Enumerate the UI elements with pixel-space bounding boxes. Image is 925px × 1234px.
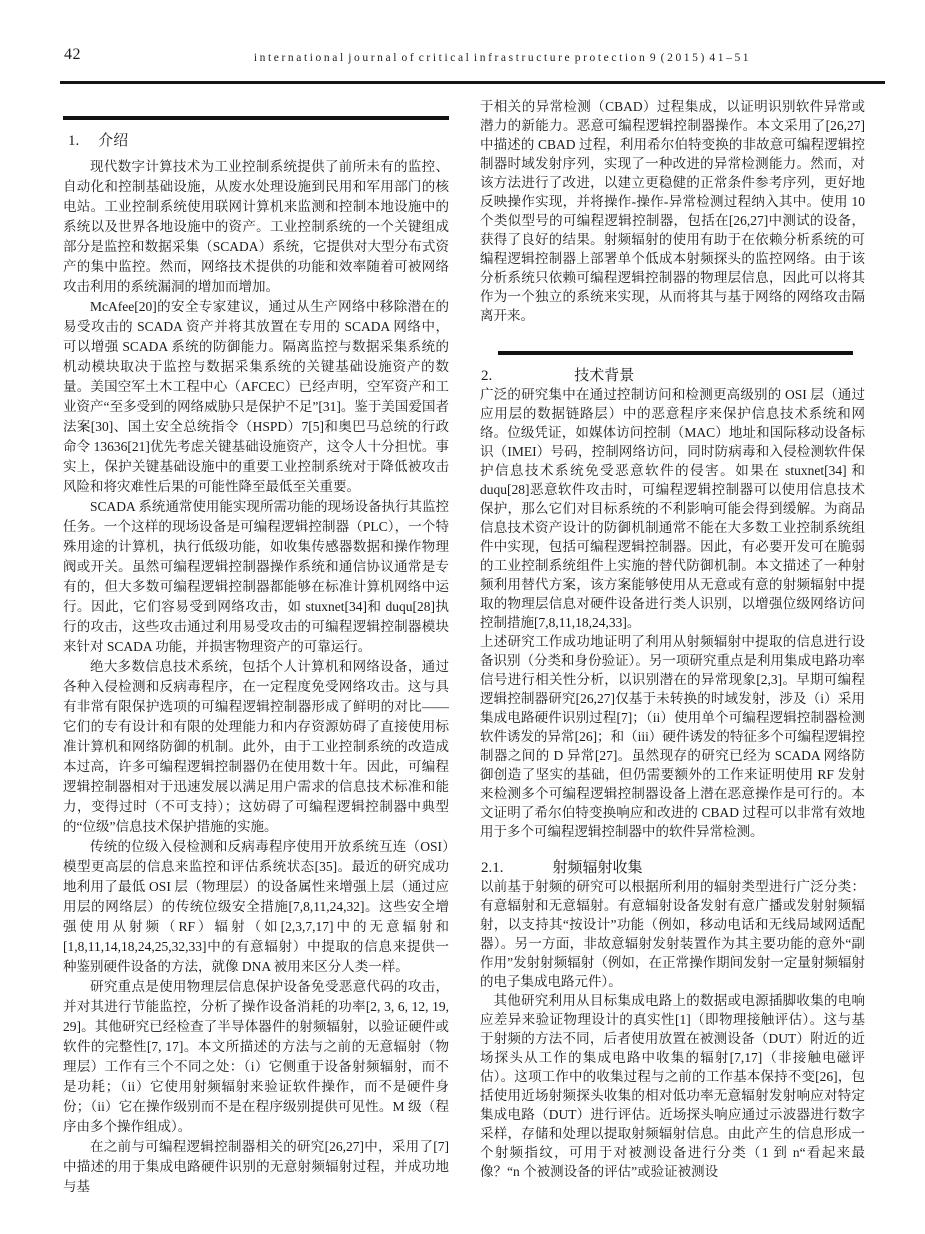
section1-rule xyxy=(63,116,449,120)
paragraph-intro-2: McAfee[20]的安全专家建议，通过从生产网络中移除潜在的易受攻击的 SCA… xyxy=(63,297,449,497)
section1-number: 1. xyxy=(68,133,79,150)
paragraph-intro-3: SCADA 系统通常使用能实现所需功能的现场设备执行其监控任务。一个这样的现场设… xyxy=(63,497,449,657)
right-column: 于相关的异常检测（CBAD）过程集成，以证明识别软件异常或潜力的新能力。恶意可编… xyxy=(480,97,865,1181)
section2-title: 技术背景 xyxy=(574,364,634,385)
paragraph-intro-5: 传统的位级入侵检测和反病毒程序使用开放系统互连（OSI）模型更高层的信息来监控和… xyxy=(63,837,449,977)
section21-heading: 2.1. 射频辐射收集 xyxy=(481,856,865,877)
paragraph-background-2: 上述研究工作成功地证明了利用从射频辐射中提取的信息进行设备识别（分类和身份验证）… xyxy=(480,632,865,841)
left-column: 1. 介绍 现代数字计算技术为工业控制系统提供了前所未有的监控、自动化和控制基础… xyxy=(63,116,449,1197)
section1-heading: 1. 介绍 xyxy=(68,129,449,150)
section2-number: 2. xyxy=(481,368,492,385)
paragraph-intro-1: 现代数字计算技术为工业控制系统提供了前所未有的监控、自动化和控制基础设施，从废水… xyxy=(63,157,449,297)
section21-title: 射频辐射收集 xyxy=(553,856,643,877)
section21-number: 2.1. xyxy=(481,860,504,877)
section1-title: 介绍 xyxy=(98,129,128,150)
journal-title: international journal of critical infras… xyxy=(120,52,885,64)
section2-heading: 2. 技术背景 xyxy=(481,364,865,385)
page-number: 42 xyxy=(64,46,81,64)
paragraph-intro-7: 在之前与可编程逻辑控制器相关的研究[26,27]中，采用了[7]中描述的用于集成… xyxy=(63,1137,449,1197)
header-rule xyxy=(60,81,885,84)
paragraph-intro-6: 研究重点是使用物理层信息保护设备免受恶意代码的攻击，并对其进行节能监控，分析了操… xyxy=(63,977,449,1137)
paragraph-rf-collection-1: 以前基于射频的研究可以根据所利用的辐射类型进行广泛分类：有意辐射和无意辐射。有意… xyxy=(480,877,865,991)
paragraph-rf-collection-2: 其他研究利用从目标集成电路上的数据或电源插脚收集的电响应差异来验证物理设计的真实… xyxy=(480,991,865,1181)
paragraph-intro-4: 绝大多数信息技术系统，包括个人计算机和网络设备，通过各种入侵检测和反病毒程序，在… xyxy=(63,657,449,837)
paragraph-background-1: 广泛的研究集中在通过控制访问和检测更高级别的 OSI 层（通过应用层的数据链路层… xyxy=(480,385,865,632)
paragraph-intro-continuation: 于相关的异常检测（CBAD）过程集成，以证明识别软件异常或潜力的新能力。恶意可编… xyxy=(480,97,865,325)
section2-rule xyxy=(498,351,853,355)
